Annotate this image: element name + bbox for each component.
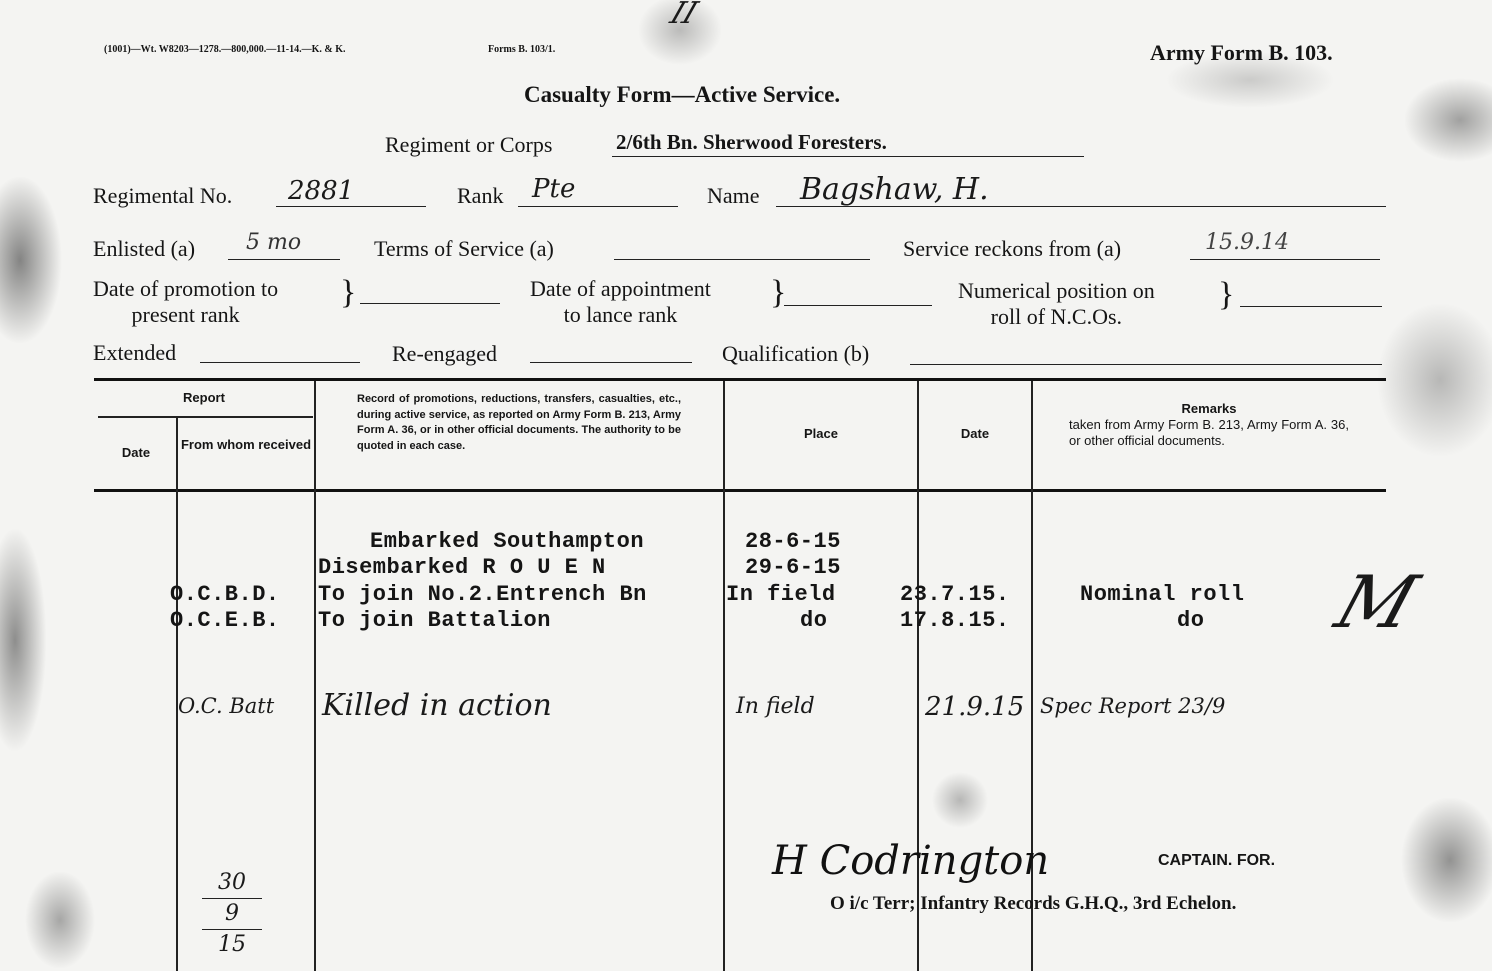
header-from-whom: From whom received: [180, 437, 312, 453]
rank-value: Pte: [532, 174, 575, 204]
col-divider: [723, 381, 725, 971]
service-reckons-value: 15.9.14: [1205, 230, 1289, 255]
page-title: Casualty Form—Active Service.: [524, 82, 840, 108]
terms-label: Terms of Service (a): [374, 236, 554, 262]
name-value: Bagshaw, H.: [800, 172, 989, 207]
brace-icon: }: [340, 276, 356, 310]
table-row-remarks: Spec Report 23/9: [1040, 694, 1225, 718]
records-office-stamp: O i/c Terr; Infantry Records G.H.Q., 3rd…: [830, 893, 1236, 915]
header-date-2: Date: [920, 426, 1030, 442]
table-row-date: 17.8.15.: [900, 608, 1010, 633]
table-row-record: Killed in action: [322, 688, 552, 723]
table-header-bottom-rule: [94, 489, 1386, 492]
captain-for-stamp: CAPTAIN. FOR.: [1158, 852, 1275, 870]
form-code: Forms B. 103/1.: [488, 44, 555, 55]
margin-initials: M: [1326, 560, 1427, 644]
table-top-rule: [94, 378, 1386, 381]
regimental-no-value: 2881: [288, 176, 354, 206]
regiment-label: Regiment or Corps: [385, 132, 552, 158]
brace-icon: }: [1218, 278, 1234, 312]
table-row-date: 23.7.15.: [900, 582, 1010, 607]
table-row-record: Disembarked R O U E N: [318, 555, 606, 580]
table-row-remarks: Nominal roll: [1080, 582, 1244, 607]
form-number: Army Form B. 103.: [1150, 40, 1333, 66]
table-row-from: O.C. Batt: [178, 694, 274, 718]
name-label: Name: [707, 183, 760, 209]
extended-label: Extended: [93, 340, 176, 366]
table-row-date: 21.9.15: [925, 692, 1024, 722]
numerical-position-label: Numerical position on roll of N.C.Os.: [958, 278, 1155, 330]
table-row-from: O.C.B.D.: [170, 582, 280, 607]
table-row-place: 28-6-15: [745, 529, 841, 554]
reengaged-value-line: [530, 362, 692, 363]
header-record: Record of promotions, reductions, transf…: [357, 392, 681, 454]
regimental-no-label: Regimental No.: [93, 183, 232, 209]
header-place: Place: [726, 426, 916, 442]
header-remarks: Remarks taken from Army Form B. 213, Arm…: [1034, 401, 1384, 449]
table-row-record: Embarked Southampton: [370, 529, 644, 554]
print-reference: (1001)—Wt. W8203—1278.—800,000.—11-14.—K…: [104, 44, 345, 55]
promotion-label: Date of promotion to present rank: [93, 276, 278, 328]
reengaged-label: Re-engaged: [392, 341, 497, 367]
appointment-value-line: [784, 305, 932, 306]
enlisted-label: Enlisted (a): [93, 236, 195, 262]
received-date-stamp: 30 9 15: [202, 868, 262, 960]
table-row-place: 29-6-15: [745, 555, 841, 580]
promotion-value-line: [360, 303, 500, 304]
enlisted-value: 5 mo: [246, 230, 301, 255]
officer-signature: H Codrington: [772, 838, 1049, 884]
qualification-value-line: [910, 364, 1382, 365]
qualification-label: Qualification (b): [722, 341, 869, 367]
terms-value-line: [614, 259, 870, 260]
table-row-place: In field: [726, 582, 836, 607]
table-row-remarks: do: [1177, 608, 1204, 633]
table-row-record: To join Battalion: [318, 608, 551, 633]
header-date: Date: [98, 445, 174, 461]
header-report: Report: [98, 390, 310, 406]
table-row-from: O.C.E.B.: [170, 608, 280, 633]
report-sub-rule: [98, 416, 313, 418]
service-reckons-label: Service reckons from (a): [903, 236, 1121, 262]
appointment-label: Date of appointment to lance rank: [530, 276, 711, 328]
top-annotation: II: [666, 0, 702, 31]
table-row-place: do: [800, 608, 827, 633]
extended-value-line: [200, 362, 360, 363]
table-row-place: In field: [736, 694, 815, 719]
rank-label: Rank: [457, 183, 503, 209]
col-divider: [314, 381, 316, 971]
regiment-value: 2/6th Bn. Sherwood Foresters.: [616, 130, 887, 155]
table-row-record: To join No.2.Entrench Bn: [318, 582, 647, 607]
numerical-value-line: [1240, 306, 1382, 307]
